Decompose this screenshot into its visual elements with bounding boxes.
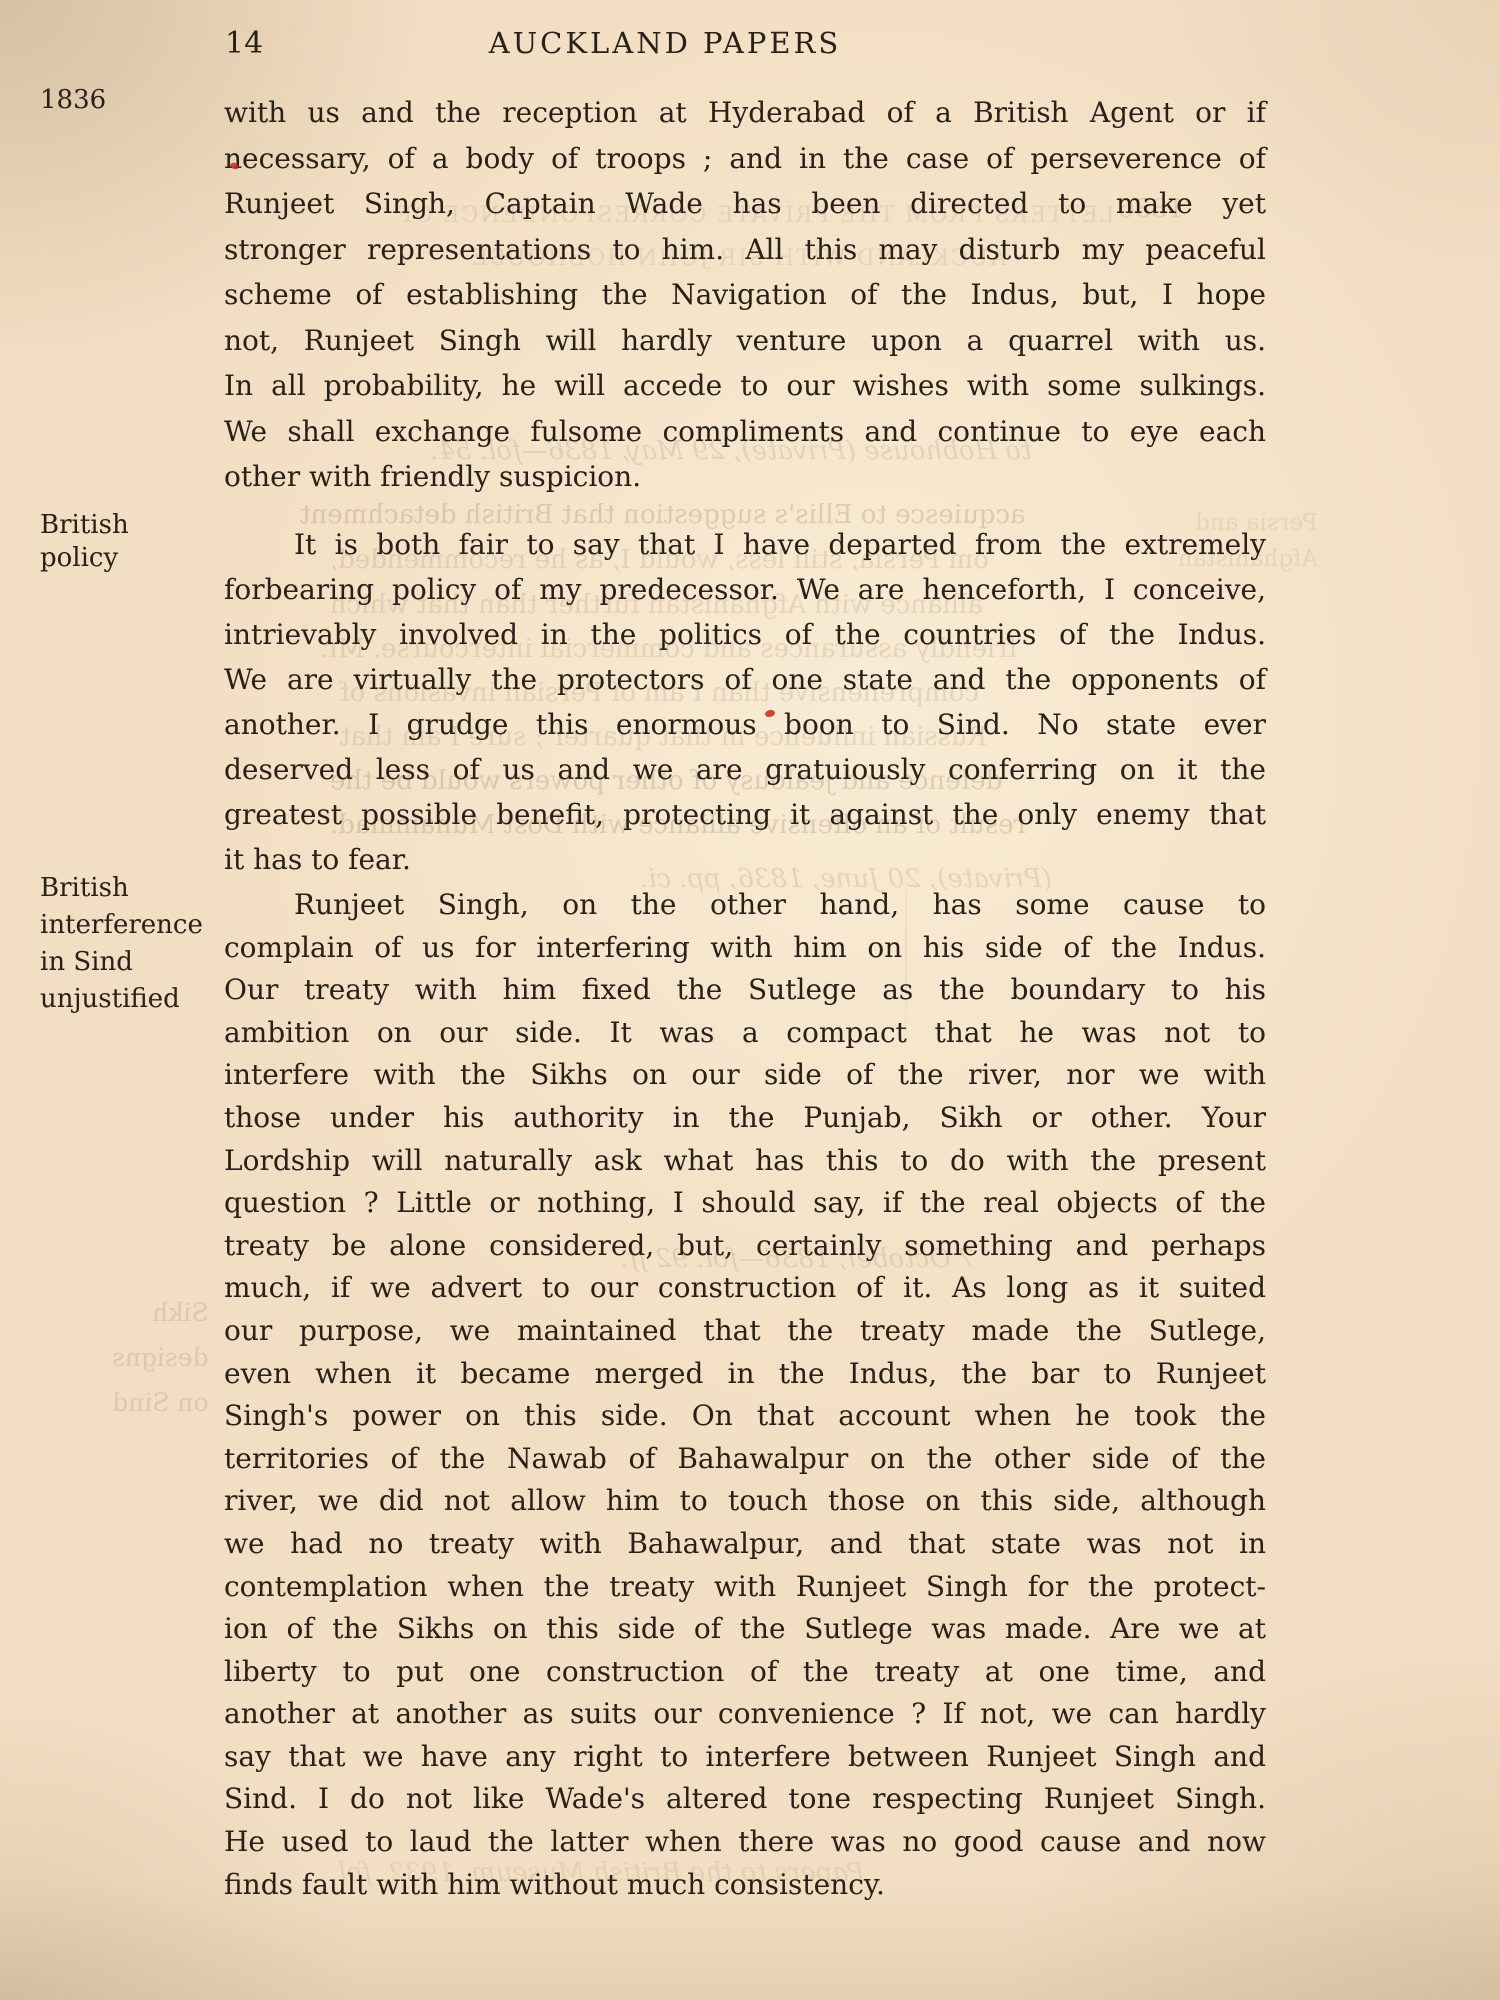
text-line: ambition on our side. It was a compact t… bbox=[224, 1012, 1266, 1055]
text-line: It is both fair to say that I have depar… bbox=[224, 522, 1266, 567]
text-line: not, Runjeet Singh will hardly venture u… bbox=[224, 318, 1266, 364]
text-line: river, we did not allow him to touch tho… bbox=[224, 1480, 1266, 1523]
paragraph-runjeet-singh: Runjeet Singh, on the other hand, has so… bbox=[224, 884, 1266, 1906]
text-line: interfere with the Sikhs on our side of … bbox=[224, 1054, 1266, 1097]
text-line: ion of the Sikhs on this side of the Sut… bbox=[224, 1608, 1266, 1651]
text-line: territories of the Nawab of Bahawalpur o… bbox=[224, 1438, 1266, 1481]
text-line: finds fault with him without much consis… bbox=[224, 1864, 1266, 1907]
paragraph-reception-at-hyderabad: with us and the reception at Hyderabad o… bbox=[224, 90, 1266, 500]
text-line: on Sind bbox=[112, 1380, 209, 1425]
text-line: interference bbox=[40, 907, 230, 944]
text-line: scheme of establishing the Navigation of… bbox=[224, 272, 1266, 318]
text-line: Lordship will naturally ask what has thi… bbox=[224, 1140, 1266, 1183]
text-line: intrievably involved in the politics of … bbox=[224, 612, 1266, 657]
text-line: He used to laud the latter when there wa… bbox=[224, 1821, 1266, 1864]
bleed-through-margin-note: Sikhdesignson Sind bbox=[112, 1290, 209, 1425]
text-line: Runjeet Singh, on the other hand, has so… bbox=[224, 884, 1266, 927]
paragraph-british-policy: It is both fair to say that I have depar… bbox=[224, 522, 1266, 882]
text-line: say that we have any right to interfere … bbox=[224, 1736, 1266, 1779]
running-title: AUCKLAND PAPERS bbox=[455, 26, 875, 60]
text-line: British bbox=[40, 509, 230, 542]
text-line: we had no treaty with Bahawalpur, and th… bbox=[224, 1523, 1266, 1566]
text-line: another. I grudge this enormous boon to … bbox=[224, 702, 1266, 747]
text-line: unjustified bbox=[40, 981, 230, 1018]
text-line: question ? Little or nothing, I should s… bbox=[224, 1182, 1266, 1225]
text-line: Runjeet Singh, Captain Wade has been dir… bbox=[224, 181, 1266, 227]
margin-note-year: 1836 bbox=[40, 84, 230, 117]
text-line: in Sind bbox=[40, 944, 230, 981]
text-line: necessary, of a body of troops ; and in … bbox=[224, 136, 1266, 182]
text-line: In all probability, he will accede to ou… bbox=[224, 363, 1266, 409]
text-line: British bbox=[40, 870, 230, 907]
text-line: with us and the reception at Hyderabad o… bbox=[224, 90, 1266, 136]
text-line: another at another as suits our convenie… bbox=[224, 1693, 1266, 1736]
page-number: 14 bbox=[225, 26, 263, 61]
book-page: LETTERS FROM THE PRIVATE CORRESPONDENCE … bbox=[0, 0, 1500, 2000]
text-line: designs bbox=[112, 1335, 209, 1380]
text-line: even when it became merged in the Indus,… bbox=[224, 1353, 1266, 1396]
text-line: those under his authority in the Punjab,… bbox=[224, 1097, 1266, 1140]
text-line: forbearing policy of my predecessor. We … bbox=[224, 567, 1266, 612]
text-line: our purpose, we maintained that the trea… bbox=[224, 1310, 1266, 1353]
text-line: contemplation when the treaty with Runje… bbox=[224, 1566, 1266, 1609]
text-line: We shall exchange fulsome compliments an… bbox=[224, 409, 1266, 455]
text-line: Our treaty with him fixed the Sutlege as… bbox=[224, 969, 1266, 1012]
margin-note-british-interference: Britishinterferencein Sindunjustified bbox=[40, 870, 230, 1018]
text-line: We are virtually the protectors of one s… bbox=[224, 657, 1266, 702]
text-line: treaty be alone considered, but, certain… bbox=[224, 1225, 1266, 1268]
text-line: Singh's power on this side. On that acco… bbox=[224, 1395, 1266, 1438]
text-line: Sikh bbox=[112, 1290, 209, 1335]
text-line: greatest possible benefit, protecting it… bbox=[224, 792, 1266, 837]
text-line: stronger representations to him. All thi… bbox=[224, 227, 1266, 273]
text-line: deserved less of us and we are gratuious… bbox=[224, 747, 1266, 792]
text-line: it has to fear. bbox=[224, 837, 1266, 882]
text-line: much, if we advert to our construction o… bbox=[224, 1267, 1266, 1310]
margin-note-british-policy: Britishpolicy bbox=[40, 509, 230, 575]
text-line: complain of us for interfering with him … bbox=[224, 927, 1266, 970]
text-line: liberty to put one construction of the t… bbox=[224, 1651, 1266, 1694]
text-line: other with friendly suspicion. bbox=[224, 454, 1266, 500]
text-line: Sind. I do not like Wade's altered tone … bbox=[224, 1778, 1266, 1821]
text-line: policy bbox=[40, 542, 230, 575]
